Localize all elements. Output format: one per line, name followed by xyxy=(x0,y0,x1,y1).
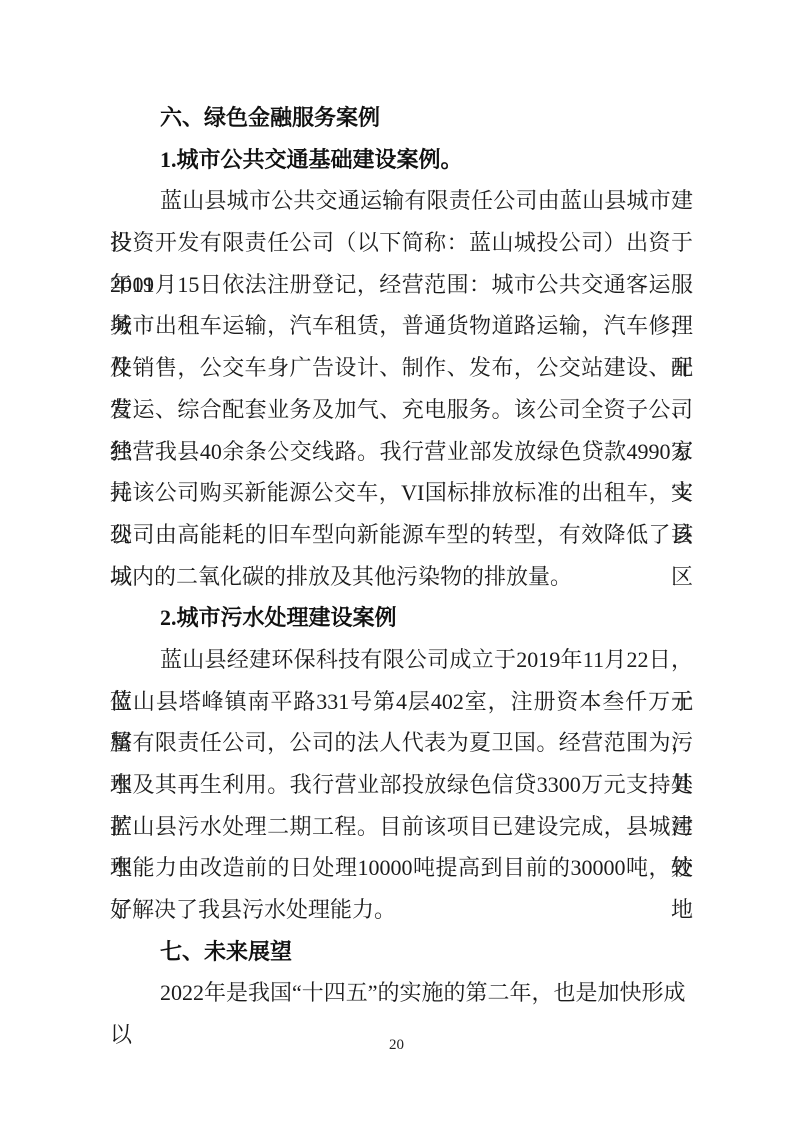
section-heading-future-outlook: 七、未来展望 xyxy=(110,931,693,973)
text-line: 属有限责任公司，公司的法人代表为夏卫国。经营范围为污水处 xyxy=(110,722,693,764)
case-heading-public-transport: 1.城市公共交通基础建设案例。 xyxy=(110,139,693,181)
paragraph-sewage-treatment-case: 蓝山县经建环保科技有限公司成立于2019年11月22日，位于 蓝山县塔峰镇南平路… xyxy=(110,639,693,931)
document-content: 六、绿色金融服务案例 1.城市公共交通基础建设案例。 蓝山县城市公共交通运输有限… xyxy=(110,97,693,1014)
document-page: 六、绿色金融服务案例 1.城市公共交通基础建设案例。 蓝山县城市公共交通运输有限… xyxy=(0,0,793,1122)
text-line: 蓝山县经建环保科技有限公司成立于2019年11月22日，位于 xyxy=(110,639,693,681)
section-heading-green-finance-cases: 六、绿色金融服务案例 xyxy=(110,97,693,139)
text-line: 蓝山县污水处理二期工程。目前该项目已建设完成，县城污水处 xyxy=(110,806,693,848)
paragraph-future-outlook: 2022年是我国“十四五”的实施的第二年，也是加快形成以 xyxy=(110,972,693,1014)
text-line: 2022年是我国“十四五”的实施的第二年，也是加快形成以 xyxy=(110,972,693,1014)
case-heading-sewage-treatment: 2.城市污水处理建设案例 xyxy=(110,597,693,639)
text-line: 投资开发有限责任公司（以下简称：蓝山城投公司）出资于2019 xyxy=(110,222,693,264)
text-line: 持该公司购买新能源公交车，VI国标排放标准的出租车，实现该 xyxy=(110,472,693,514)
text-line: 营运、综合配套业务及加气、充电服务。该公司全资子公司独家 xyxy=(110,389,693,431)
text-line: 理及其再生利用。我行营业部投放绿色信贷3300万元支持其扩建 xyxy=(110,764,693,806)
text-line: 蓝山县城市公共交通运输有限责任公司由蓝山县城市建设 xyxy=(110,180,693,222)
text-line: 城市出租车运输，汽车租赁，普通货物道路运输，汽车修理及配 xyxy=(110,305,693,347)
paragraph-public-transport-case: 蓝山县城市公共交通运输有限责任公司由蓝山县城市建设 投资开发有限责任公司（以下简… xyxy=(110,180,693,597)
text-line: 件销售，公交车身广告设计、制作、发布，公交站建设、开发、 xyxy=(110,347,693,389)
page-number: 20 xyxy=(0,1033,793,1057)
text-line: 蓝山县塔峰镇南平路331号第4层402室，注册资本叁仟万元整， xyxy=(110,681,693,723)
text-line: 年01月15日依法注册登记，经营范围：城市公共交通客运服务， xyxy=(110,264,693,306)
text-line: 公司由高能耗的旧车型向新能源车型的转型，有效降低了县城区 xyxy=(110,514,693,556)
text-line: 理能力由改造前的日处理10000吨提高到目前的30000吨，较好地 xyxy=(110,847,693,889)
text-line: 经营我县40余条公交线路。我行营业部发放绿色贷款4990万元支 xyxy=(110,431,693,473)
